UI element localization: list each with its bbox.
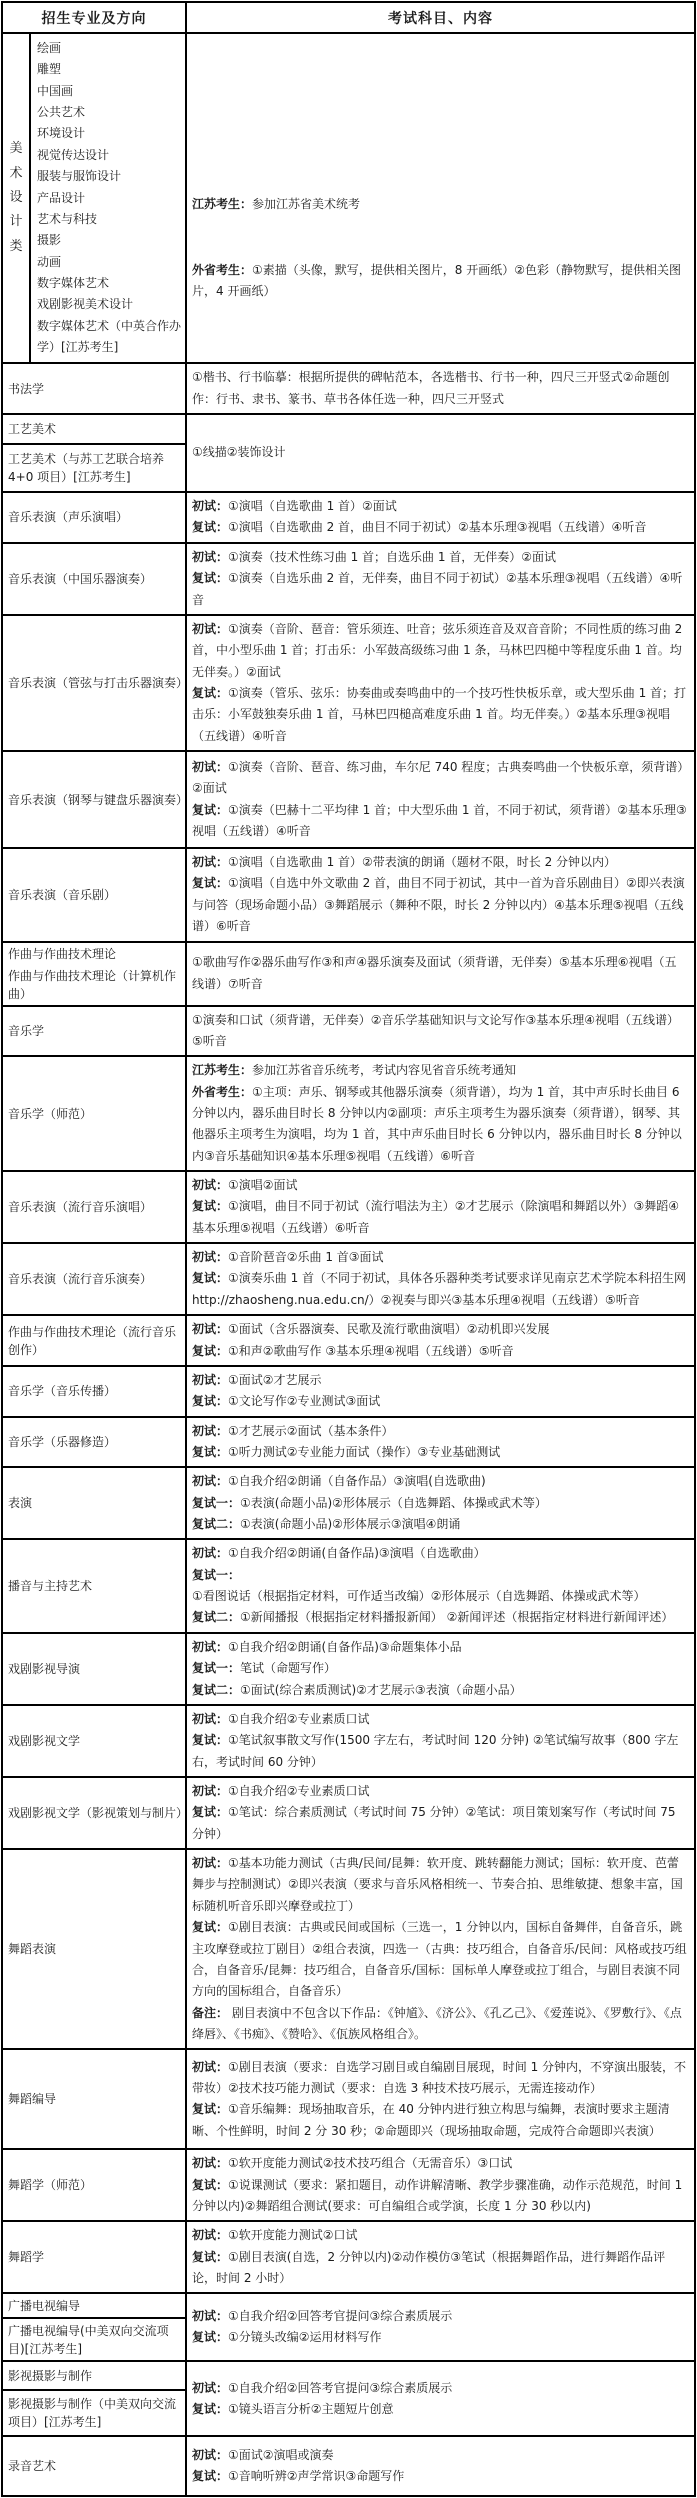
exam-content-cell: 初试：①演唱（自选歌曲 1 首）②带表演的朗诵（题材不限，时长 2 分钟以内）复…	[187, 849, 694, 940]
table-row: 音乐表演（流行音乐演奏）初试：①音阶琶音②乐曲 1 首③面试复试：①演奏乐曲 1…	[3, 1244, 694, 1316]
exam-content-line: 复试：①笔试：综合素质测试（考试时间 75 分钟）②笔试：项目策划案写作（考试时…	[192, 1802, 688, 1845]
major-label: 舞蹈表演	[3, 1938, 185, 1960]
major-label: 音乐学	[3, 1020, 185, 1042]
exam-subjects-table: 招生专业及方向 考试科目、内容 美术设计类绘画雕塑中国画公共艺术环境设计视觉传达…	[1, 1, 696, 2497]
table-row: 音乐学（师范）江苏考生：参加江苏省音乐统考，考试内容见省音乐统考通知外省考生：①…	[3, 1057, 694, 1172]
exam-content-line: 外省考生：①素描（头像，默写，提供相关图片，8 开画纸）②色彩（静物默写，提供相…	[192, 260, 688, 303]
majors-cell: 戏剧影视导演	[3, 1634, 187, 1704]
exam-content-line: 初试：①软开度能力测试②口试	[192, 2225, 688, 2246]
exam-content-cell: 初试：①演唱②面试复试：①演唱，曲目不同于初试（流行唱法为主）②才艺展示（除演唱…	[187, 1172, 694, 1242]
exam-content-line: 复试：①和声②歌曲写作 ③基本乐理④视唱（五线谱）⑤听音	[192, 1341, 688, 1362]
exam-content-line: 复试：①笔试叙事散文写作(1500 字左右，考试时间 120 分钟) ②笔试编写…	[192, 1730, 688, 1773]
exam-content-cell: 初试：①基本功能力测试（古典/民间/昆舞：软开度、跳转翻能力测试；国标：软开度、…	[187, 1850, 694, 2048]
exam-stage-label: 复试：	[192, 520, 228, 534]
exam-content-cell: 初试：①演奏（音阶、琶音：管乐须连、吐音；弦乐须连音及双音音阶；不同性质的练习曲…	[187, 616, 694, 750]
exam-stage-label: 复试：	[192, 1344, 228, 1358]
exam-stage-label: 复试：	[192, 2250, 228, 2264]
exam-content-cell: 初试：①面试②演唱或演奏复试：①音响听辨②声学常识③命题写作	[187, 2437, 694, 2495]
majors-cell: 音乐表演（流行音乐演奏）	[3, 1244, 187, 1314]
exam-stage-label: 初试：	[192, 1373, 228, 1387]
exam-content-line: 初试：①演奏（音阶、琶音：管乐须连、吐音；弦乐须连音及双音音阶；不同性质的练习曲…	[192, 619, 688, 683]
exam-content-line: 初试：①自我介绍②专业素质口试	[192, 1709, 688, 1730]
table-row: 表演初试：①自我介绍②朗诵（自备作品）③演唱(自选歌曲)复试一：①表演(命题小品…	[3, 1468, 694, 1540]
exam-stage-label: 初试：	[192, 550, 228, 564]
exam-content-cell: 初试：①自我介绍②回答考官提问③综合素质展示复试：①镜头语言分析②主题短片创意	[187, 2362, 694, 2435]
major-label: 中国画	[31, 81, 185, 102]
exam-content-cell: 初试：①演奏（技术性练习曲 1 首；自选乐曲 1 首，无伴奏）②面试复试：①演奏…	[187, 544, 694, 614]
exam-content-line: 初试：①演奏（技术性练习曲 1 首；自选乐曲 1 首，无伴奏）②面试	[192, 547, 688, 568]
exam-content-line: 复试：①演奏（巴赫十二平均律 1 首；中大型乐曲 1 首，不同于初试，须背谱）②…	[192, 800, 688, 843]
exam-stage-label: 复试：	[192, 2402, 228, 2416]
exam-stage-label: 初试：	[192, 2228, 228, 2242]
exam-content-line: ①楷书、行书临摹：根据所提供的碑帖范本，各选楷书、行书一种，四尺三开竖式②命题创…	[192, 367, 688, 410]
major-label: 数字媒体艺术	[31, 273, 185, 294]
majors-cell: 广播电视编导广播电视编导(中美双向交流项目)[江苏考生]	[3, 2294, 187, 2360]
table-row: 音乐表演（声乐演唱）初试：①演唱（自选歌曲 1 首）②面试复试：①演唱（自选歌曲…	[3, 493, 694, 544]
majors-cell: 音乐学（乐器修造）	[3, 1418, 187, 1467]
exam-stage-label: 初试：	[192, 622, 228, 636]
header-majors-column: 招生专业及方向	[3, 3, 187, 32]
exam-content-cell: 初试：①自我介绍②朗诵（自备作品）③演唱(自选歌曲)复试一：①表演(命题小品)②…	[187, 1468, 694, 1538]
exam-stage-label: 复试：	[192, 1445, 228, 1459]
major-label: 音乐表演（钢琴与键盘乐器演奏）	[3, 789, 185, 811]
major-label: 产品设计	[31, 188, 185, 209]
exam-content-cell: 江苏考生：参加江苏省美术统考外省考生：①素描（头像，默写，提供相关图片，8 开画…	[187, 34, 694, 362]
exam-content-line: 复试：①演唱（自选歌曲 2 首，曲目不同于初试）②基本乐理③视唱（五线谱）④听音	[192, 517, 688, 538]
exam-content-cell: 初试：①音阶琶音②乐曲 1 首③面试复试：①演奏乐曲 1 首（不同于初试，具体各…	[187, 1244, 694, 1314]
exam-stage-label: 复试：	[192, 2330, 228, 2344]
majors-cell: 作曲与作曲技术理论作曲与作曲技术理论（计算机作曲）	[3, 943, 187, 1005]
exam-content-line: 复试：①剧目表演(自选，2 分钟以内)②动作模仿③笔试（根据舞蹈作品，进行舞蹈作…	[192, 2247, 688, 2290]
majors-cell: 音乐学（师范）	[3, 1057, 187, 1170]
exam-content-line: ①歌曲写作②器乐曲写作③和声④器乐演奏及面试（须背谱，无伴奏）⑤基本乐理⑥视唱（…	[192, 952, 688, 995]
table-row: 工艺美术工艺美术（与苏工艺联合培养 4+0 项目）[江苏考生]①线描②装饰设计	[3, 415, 694, 493]
major-label: 音乐表演（流行音乐演奏）	[3, 1268, 185, 1290]
exam-content-line: 初试：①剧目表演（要求：自选学习剧目或自编剧目展现，时间 1 分钟内，不穿演出服…	[192, 2057, 688, 2100]
major-label: 音乐学（音乐传播）	[3, 1380, 185, 1402]
exam-stage-label: 复试：	[192, 686, 228, 700]
major-label: 影视摄影与制作（中美双向交流项目）[江苏考生]	[3, 2389, 185, 2436]
exam-stage-label: 复试：	[192, 2178, 228, 2192]
exam-stage-label: 初试：	[192, 1712, 228, 1726]
exam-stage-label: 复试一：	[192, 1568, 240, 1582]
majors-cell: 美术设计类绘画雕塑中国画公共艺术环境设计视觉传达设计服装与服饰设计产品设计艺术与…	[3, 34, 187, 362]
table-row: 戏剧影视文学初试：①自我介绍②专业素质口试复试：①笔试叙事散文写作(1500 字…	[3, 1706, 694, 1778]
exam-stage-label: 初试：	[192, 1250, 228, 1264]
exam-content-line: 初试：①软开度能力测试②技术技巧组合（无需音乐）③口试	[192, 2153, 688, 2174]
exam-content-line: 初试：①自我介绍②回答考官提问③综合素质展示	[192, 2306, 688, 2327]
majors-cell: 作曲与作曲技术理论（流行音乐创作）	[3, 1316, 187, 1365]
exam-stage-label: 初试：	[192, 855, 228, 869]
table-row: 音乐表演（音乐剧）初试：①演唱（自选歌曲 1 首）②带表演的朗诵（题材不限，时长…	[3, 849, 694, 942]
admissions-exam-document: 招生专业及方向 考试科目、内容 美术设计类绘画雕塑中国画公共艺术环境设计视觉传达…	[0, 0, 697, 2498]
exam-stage-label: 复试：	[192, 2469, 228, 2483]
major-label: 播音与主持艺术	[3, 1575, 185, 1597]
table-row: 戏剧影视文学（影视策划与制片）初试：①自我介绍②专业素质口试复试：①笔试：综合素…	[3, 1778, 694, 1850]
major-label: 舞蹈编导	[3, 2088, 185, 2110]
exam-stage-label: 初试：	[192, 1474, 228, 1488]
table-row: 作曲与作曲技术理论（流行音乐创作）初试：①面试（含乐器演奏、民歌及流行歌曲演唱）…	[3, 1316, 694, 1367]
table-body: 美术设计类绘画雕塑中国画公共艺术环境设计视觉传达设计服装与服饰设计产品设计艺术与…	[3, 34, 694, 2495]
exam-content-line: 复试一：①表演(命题小品)②形体展示（自选舞蹈、体操或武术等）	[192, 1493, 688, 1514]
major-label: 戏剧影视导演	[3, 1658, 185, 1680]
table-row: 音乐表演（钢琴与键盘乐器演奏）初试：①演奏（音阶、琶音、练习曲，车尔尼 740 …	[3, 752, 694, 849]
exam-stage-label: 复试二：	[192, 1610, 240, 1624]
exam-content-line: 复试：①演奏乐曲 1 首（不同于初试，具体各乐器种类考试要求详见南京艺术学院本科…	[192, 1268, 688, 1311]
major-label: 广播电视编导(中美双向交流项目)[江苏考生]	[3, 2317, 185, 2360]
exam-content-line: 复试：①演唱，曲目不同于初试（流行唱法为主）②才艺展示（除演唱和舞蹈以外）③舞蹈…	[192, 1196, 688, 1239]
exam-content-cell: ①线描②装饰设计	[187, 415, 694, 491]
exam-content-cell: 江苏考生：参加江苏省音乐统考，考试内容见省音乐统考通知外省考生：①主项：声乐、钢…	[187, 1057, 694, 1170]
majors-cell: 音乐表演（声乐演唱）	[3, 493, 187, 542]
exam-content-cell: 初试：①才艺展示②面试（基本条件）复试：①听力测试②专业能力面试（操作）③专业基…	[187, 1418, 694, 1467]
table-header-row: 招生专业及方向 考试科目、内容	[3, 3, 694, 34]
majors-cell: 录音艺术	[3, 2437, 187, 2495]
exam-stage-label: 复试：	[192, 803, 228, 817]
exam-stage-label: 初试：	[192, 2381, 228, 2395]
exam-stage-label: 复试：	[192, 876, 228, 890]
table-row: 舞蹈学（师范）初试：①软开度能力测试②技术技巧组合（无需音乐）③口试复试：①说课…	[3, 2150, 694, 2222]
exam-content-cell: 初试：①自我介绍②回答考官提问③综合素质展示复试：①分镜头改编②运用材料写作	[187, 2294, 694, 2360]
major-label: 舞蹈学（师范）	[3, 2174, 185, 2196]
majors-cell: 舞蹈编导	[3, 2050, 187, 2148]
exam-content-line: 初试：①自我介绍②朗诵(自备作品)③演唱（自选歌曲）	[192, 1543, 688, 1564]
exam-content-cell: 初试：①软开度能力测试②技术技巧组合（无需音乐）③口试复试：①说课测试（要求：紧…	[187, 2150, 694, 2220]
major-label: 录音艺术	[3, 2455, 185, 2477]
major-label: 动画	[31, 252, 185, 273]
exam-stage-label: 复试：	[192, 1920, 228, 1934]
exam-stage-label: 初试：	[192, 1546, 228, 1560]
major-label: 音乐表演（声乐演唱）	[3, 506, 185, 528]
header-exam-column: 考试科目、内容	[187, 3, 694, 32]
table-row: 广播电视编导广播电视编导(中美双向交流项目)[江苏考生]初试：①自我介绍②回答考…	[3, 2294, 694, 2362]
exam-content-line: 复试：①分镜头改编②运用材料写作	[192, 2327, 688, 2348]
major-label: 音乐学（师范）	[3, 1103, 185, 1125]
table-row: 舞蹈学初试：①软开度能力测试②口试复试：①剧目表演(自选，2 分钟以内)②动作模…	[3, 2222, 694, 2294]
exam-stage-label: 初试：	[192, 499, 228, 513]
exam-content-cell: 初试：①演奏（音阶、琶音、练习曲，车尔尼 740 程度；古典奏鸣曲一个快板乐章，…	[187, 752, 694, 847]
exam-content-line: 初试：①演唱（自选歌曲 1 首）②面试	[192, 496, 688, 517]
exam-stage-label: 江苏考生：	[192, 1063, 252, 1077]
exam-stage-label: 初试：	[192, 1178, 228, 1192]
table-row: 音乐表演（流行音乐演唱）初试：①演唱②面试复试：①演唱，曲目不同于初试（流行唱法…	[3, 1172, 694, 1244]
exam-content-line: 复试：①剧目表演：古典或民间或国标（三选一，1 分钟以内，国标自备舞伴，自备音乐…	[192, 1917, 688, 2002]
exam-stage-label: 复试：	[192, 1394, 228, 1408]
majors-cell: 音乐学	[3, 1007, 187, 1056]
exam-stage-label: 初试：	[192, 1640, 228, 1654]
exam-content-line: 复试：①音响听辨②声学常识③命题写作	[192, 2466, 688, 2487]
exam-stage-label: 复试：	[192, 1733, 228, 1747]
majors-cell: 戏剧影视文学	[3, 1706, 187, 1776]
exam-stage-label: 初试：	[192, 1784, 228, 1798]
exam-content-line: 复试：①文论写作②专业测试③面试	[192, 1391, 688, 1412]
exam-content-line: 复试一：①看图说话（根据指定材料，可作适当改编）②形体展示（自选舞蹈、体操或武术…	[192, 1565, 688, 1608]
exam-stage-label: 初试：	[192, 2060, 228, 2074]
exam-content-cell: ①演奏和口试（须背谱，无伴奏）②音乐学基础知识与文论写作③基本乐理④视唱（五线谱…	[187, 1007, 694, 1056]
major-label: 音乐表演（中国乐器演奏）	[3, 568, 185, 590]
major-label: 书法学	[3, 378, 185, 400]
exam-content-line: 初试：①面试（含乐器演奏、民歌及流行歌曲演唱）②动机即兴发展	[192, 1319, 688, 1340]
exam-stage-label: 外省考生：	[192, 263, 252, 277]
exam-stage-label: 初试：	[192, 2156, 228, 2170]
exam-stage-label: 复试：	[192, 1805, 228, 1819]
exam-content-cell: 初试：①自我介绍②朗诵(自备作品)③演唱（自选歌曲）复试一：①看图说话（根据指定…	[187, 1540, 694, 1631]
exam-content-cell: 初试：①软开度能力测试②口试复试：①剧目表演(自选，2 分钟以内)②动作模仿③笔…	[187, 2222, 694, 2292]
majors-cell: 舞蹈学	[3, 2222, 187, 2292]
majors-cell: 播音与主持艺术	[3, 1540, 187, 1631]
exam-content-line: 初试：①自我介绍②朗诵(自备作品)③命题集体小品	[192, 1637, 688, 1658]
major-label: 音乐表演（流行音乐演唱）	[3, 1196, 185, 1218]
major-label: 作曲与作曲技术理论（流行音乐创作）	[3, 1321, 185, 1361]
majors-cell: 音乐表演（钢琴与键盘乐器演奏）	[3, 752, 187, 847]
exam-content-line: 复试：①演奏（管乐、弦乐：协奏曲或奏鸣曲中的一个技巧性快板乐章，或大型乐曲 1 …	[192, 683, 688, 747]
exam-content-line: 初试：①音阶琶音②乐曲 1 首③面试	[192, 1247, 688, 1268]
exam-content-cell: 初试：①演唱（自选歌曲 1 首）②面试复试：①演唱（自选歌曲 2 首，曲目不同于…	[187, 493, 694, 542]
major-label: 工艺美术（与苏工艺联合培养 4+0 项目）[江苏考生]	[3, 443, 185, 491]
table-row: 舞蹈表演初试：①基本功能力测试（古典/民间/昆舞：软开度、跳转翻能力测试；国标：…	[3, 1850, 694, 2050]
exam-content-cell: 初试：①面试②才艺展示复试：①文论写作②专业测试③面试	[187, 1367, 694, 1416]
exam-content-line: 初试：①演唱②面试	[192, 1175, 688, 1196]
exam-stage-label: 复试二：	[192, 1683, 240, 1697]
exam-content-line: 江苏考生：参加江苏省音乐统考，考试内容见省音乐统考通知	[192, 1060, 688, 1081]
exam-content-line: 复试二：①面试(综合素质测试)②才艺展示③表演（命题小品）	[192, 1680, 688, 1701]
majors-cell: 影视摄影与制作影视摄影与制作（中美双向交流项目）[江苏考生]	[3, 2362, 187, 2435]
exam-content-cell: 初试：①剧目表演（要求：自选学习剧目或自编剧目展现，时间 1 分钟内，不穿演出服…	[187, 2050, 694, 2148]
major-label: 摄影	[31, 230, 185, 251]
exam-content-line: 初试：①演唱（自选歌曲 1 首）②带表演的朗诵（题材不限，时长 2 分钟以内）	[192, 852, 688, 873]
exam-stage-label: 复试：	[192, 571, 228, 585]
table-row: 音乐表演（管弦与打击乐器演奏）初试：①演奏（音阶、琶音：管乐须连、吐音；弦乐须连…	[3, 616, 694, 752]
major-label: 作曲与作曲技术理论	[3, 943, 185, 965]
exam-stage-label: 备注：	[192, 2006, 228, 2020]
majors-cell: 音乐学（音乐传播）	[3, 1367, 187, 1416]
table-row: 舞蹈编导初试：①剧目表演（要求：自选学习剧目或自编剧目展现，时间 1 分钟内，不…	[3, 2050, 694, 2150]
exam-content-line: 外省考生：①主项：声乐、钢琴或其他器乐演奏（须背谱），均为 1 首，其中声乐时长…	[192, 1082, 688, 1167]
exam-content-line: ①线描②装饰设计	[192, 442, 688, 463]
major-label: 舞蹈学	[3, 2246, 185, 2268]
exam-content-line: 江苏考生：参加江苏省美术统考	[192, 194, 688, 215]
major-label: 作曲与作曲技术理论（计算机作曲）	[3, 965, 185, 1005]
majors-cell: 舞蹈表演	[3, 1850, 187, 2048]
exam-stage-label: 初试：	[192, 2309, 228, 2323]
major-label: 雕塑	[31, 59, 185, 80]
exam-content-line: 复试：①音乐编舞：现场抽取音乐，在 40 分钟内进行独立构思与编舞，表演时要求主…	[192, 2099, 688, 2142]
major-label: 戏剧影视文学	[3, 1730, 185, 1752]
major-label: 绘画	[31, 38, 185, 59]
majors-cell: 舞蹈学（师范）	[3, 2150, 187, 2220]
exam-content-cell: 初试：①自我介绍②专业素质口试复试：①笔试：综合素质测试（考试时间 75 分钟）…	[187, 1778, 694, 1848]
table-row: 书法学①楷书、行书临摹：根据所提供的碑帖范本，各选楷书、行书一种，四尺三开竖式②…	[3, 364, 694, 415]
majors-list: 绘画雕塑中国画公共艺术环境设计视觉传达设计服装与服饰设计产品设计艺术与科技摄影动…	[31, 34, 185, 362]
majors-cell: 音乐表演（中国乐器演奏）	[3, 544, 187, 614]
exam-content-line: 初试：①演奏（音阶、琶音、练习曲，车尔尼 740 程度；古典奏鸣曲一个快板乐章，…	[192, 757, 688, 800]
major-label: 广播电视编导	[3, 2294, 185, 2317]
table-row: 录音艺术初试：①面试②演唱或演奏复试：①音响听辨②声学常识③命题写作	[3, 2437, 694, 2495]
table-row: 戏剧影视导演初试：①自我介绍②朗诵(自备作品)③命题集体小品复试一：笔试（命题写…	[3, 1634, 694, 1706]
exam-content-line: 复试二：①新闻播报（根据指定材料播报新闻） ②新闻评述（根据指定材料进行新闻评述…	[192, 1607, 688, 1628]
exam-content-cell: 初试：①自我介绍②朗诵(自备作品)③命题集体小品复试一：笔试（命题写作）复试二：…	[187, 1634, 694, 1704]
exam-content-line: 复试：①说课测试（要求：紧扣题目，动作讲解清晰、教学步骤准确，动作示范规范，时间…	[192, 2175, 688, 2218]
majors-cell: 工艺美术工艺美术（与苏工艺联合培养 4+0 项目）[江苏考生]	[3, 415, 187, 491]
exam-content-cell: 初试：①自我介绍②专业素质口试复试：①笔试叙事散文写作(1500 字左右，考试时…	[187, 1706, 694, 1776]
majors-cell: 音乐表演（音乐剧）	[3, 849, 187, 940]
majors-cell: 表演	[3, 1468, 187, 1538]
exam-content-line: 复试：①演奏（自选乐曲 2 首，无伴奏，曲目不同于初试）②基本乐理③视唱（五线谱…	[192, 568, 688, 611]
table-row: 音乐学①演奏和口试（须背谱，无伴奏）②音乐学基础知识与文论写作③基本乐理④视唱（…	[3, 1007, 694, 1058]
exam-content-line: 初试：①面试②才艺展示	[192, 1370, 688, 1391]
exam-stage-label: 复试一：	[192, 1496, 240, 1510]
major-label: 音乐表演（管弦与打击乐器演奏）	[3, 672, 185, 694]
major-label: 音乐学（乐器修造）	[3, 1431, 185, 1453]
table-row: 音乐表演（中国乐器演奏）初试：①演奏（技术性练习曲 1 首；自选乐曲 1 首，无…	[3, 544, 694, 616]
major-label: 艺术与科技	[31, 209, 185, 230]
majors-cell: 戏剧影视文学（影视策划与制片）	[3, 1778, 187, 1848]
major-label: 音乐表演（音乐剧）	[3, 884, 185, 906]
table-row: 音乐学（音乐传播）初试：①面试②才艺展示复试：①文论写作②专业测试③面试	[3, 1367, 694, 1418]
exam-content-line: 复试：①镜头语言分析②主题短片创意	[192, 2399, 688, 2420]
exam-stage-label: 复试：	[192, 1199, 228, 1213]
table-row: 作曲与作曲技术理论作曲与作曲技术理论（计算机作曲）①歌曲写作②器乐曲写作③和声④…	[3, 943, 694, 1007]
category-label: 美术设计类	[3, 34, 31, 362]
exam-stage-label: 江苏考生：	[192, 197, 252, 211]
major-label: 戏剧影视文学（影视策划与制片）	[3, 1802, 185, 1824]
exam-stage-label: 初试：	[192, 760, 228, 774]
majors-cell: 书法学	[3, 364, 187, 413]
exam-content-line: 复试：①听力测试②专业能力面试（操作）③专业基础测试	[192, 1442, 688, 1463]
table-row: 影视摄影与制作影视摄影与制作（中美双向交流项目）[江苏考生]初试：①自我介绍②回…	[3, 2362, 694, 2437]
major-label: 工艺美术	[3, 415, 185, 443]
exam-content-line: 复试二：①表演(命题小品)②形体展示③演唱④朗诵	[192, 1514, 688, 1535]
major-label: 公共艺术	[31, 102, 185, 123]
exam-stage-label: 复试：	[192, 1271, 228, 1285]
table-row: 美术设计类绘画雕塑中国画公共艺术环境设计视觉传达设计服装与服饰设计产品设计艺术与…	[3, 34, 694, 364]
exam-content-cell: ①楷书、行书临摹：根据所提供的碑帖范本，各选楷书、行书一种，四尺三开竖式②命题创…	[187, 364, 694, 413]
exam-content-line: 初试：①基本功能力测试（古典/民间/昆舞：软开度、跳转翻能力测试；国标：软开度、…	[192, 1853, 688, 1917]
major-label: 服装与服饰设计	[31, 166, 185, 187]
major-label: 戏剧影视美术设计	[31, 294, 185, 315]
table-row: 音乐学（乐器修造）初试：①才艺展示②面试（基本条件）复试：①听力测试②专业能力面…	[3, 1418, 694, 1469]
exam-stage-label: 初试：	[192, 2448, 228, 2462]
exam-stage-label: 复试二：	[192, 1517, 240, 1531]
major-label: 影视摄影与制作	[3, 2362, 185, 2389]
exam-content-line: 初试：①面试②演唱或演奏	[192, 2445, 688, 2466]
exam-stage-label: 初试：	[192, 1322, 228, 1336]
exam-content-line: 初试：①自我介绍②朗诵（自备作品）③演唱(自选歌曲)	[192, 1471, 688, 1492]
major-label: 数字媒体艺术（中英合作办学）[江苏考生]	[31, 316, 185, 359]
major-label: 表演	[3, 1492, 185, 1514]
exam-stage-label: 初试：	[192, 1424, 228, 1438]
exam-stage-label: 初试：	[192, 1856, 228, 1870]
majors-cell: 音乐表演（管弦与打击乐器演奏）	[3, 616, 187, 750]
exam-content-line: 初试：①自我介绍②回答考官提问③综合素质展示	[192, 2378, 688, 2399]
exam-content-cell: 初试：①面试（含乐器演奏、民歌及流行歌曲演唱）②动机即兴发展复试：①和声②歌曲写…	[187, 1316, 694, 1365]
exam-stage-label: 复试：	[192, 2102, 228, 2116]
exam-stage-label: 复试一：	[192, 1661, 240, 1675]
major-label: 视觉传达设计	[31, 145, 185, 166]
exam-content-line: ①演奏和口试（须背谱，无伴奏）②音乐学基础知识与文论写作③基本乐理④视唱（五线谱…	[192, 1010, 688, 1053]
exam-content-line: 复试一：笔试（命题写作）	[192, 1658, 688, 1679]
exam-stage-label: 外省考生：	[192, 1085, 252, 1099]
exam-content-line: 复试：①演唱（自选中外文歌曲 2 首，曲目不同于初试，其中一首为音乐剧曲目）②即…	[192, 873, 688, 937]
major-label: 环境设计	[31, 123, 185, 144]
exam-content-line: 初试：①才艺展示②面试（基本条件）	[192, 1421, 688, 1442]
exam-content-line: 备注： 剧目表演中不包含以下作品：《钟馗》、《济公》、《孔乙己》、《爱莲说》、《…	[192, 2003, 688, 2046]
majors-cell: 音乐表演（流行音乐演唱）	[3, 1172, 187, 1242]
table-row: 播音与主持艺术初试：①自我介绍②朗诵(自备作品)③演唱（自选歌曲）复试一：①看图…	[3, 1540, 694, 1633]
exam-content-cell: ①歌曲写作②器乐曲写作③和声④器乐演奏及面试（须背谱，无伴奏）⑤基本乐理⑥视唱（…	[187, 943, 694, 1005]
exam-content-line: 初试：①自我介绍②专业素质口试	[192, 1781, 688, 1802]
